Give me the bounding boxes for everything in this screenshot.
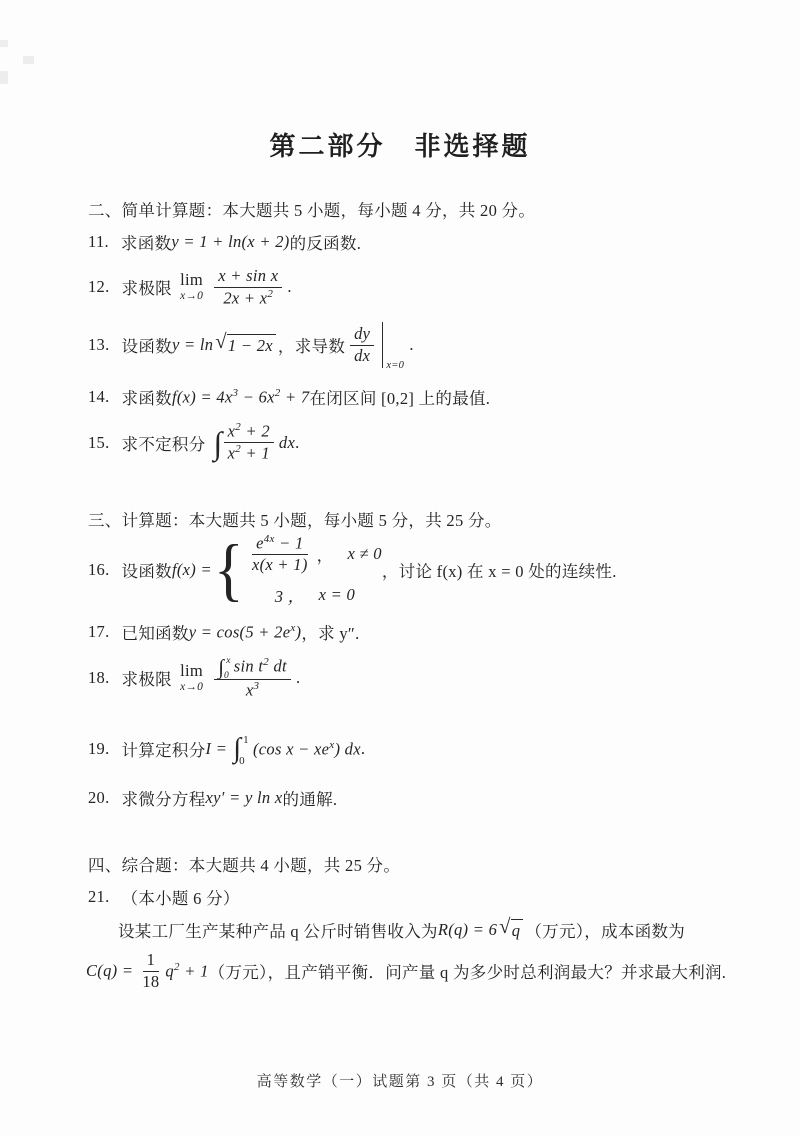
question-text: 求极限 [122,275,172,299]
radical-icon: √ [215,332,227,353]
derivative-fraction: dy dx [350,324,374,366]
differential: dx [279,433,295,453]
formula: C(q) = [86,961,133,981]
numerator: dy [350,324,374,346]
formula: f(x) = [172,560,212,580]
question-19: 19. 计算定积分 I = ∫ 1 0 (cos x − xex) dx . [88,733,365,765]
question-12: 12. 求极限 lim x→0 x + sin x 2x + x2 . [88,266,292,309]
question-15: 15. 求不定积分 ∫ x2 + 2 x2 + 1 dx . [88,421,300,464]
question-text: . [361,739,365,759]
question-21-line2: C(q) = 1 18 q2 + 1 （万元），且产销平衡．问产量 q 为多少时… [86,950,726,992]
question-number: 16. [88,560,110,580]
question-17: 17. 已知函数 y = cos(5 + 2ex) ，求 y″. [88,620,360,644]
piecewise-rows: e4x − 1 x(x + 1) ， x ≠ 0 3 ， x = 0 [248,533,382,607]
question-text: 设函数 [122,333,172,357]
question-number: 15. [88,433,110,453]
numerator: x2 + 2 [224,421,274,443]
value: 3 ， [275,583,305,607]
fraction: ∫ x 0 sin t2 dt x3 [214,655,291,701]
lim-word: lim [180,272,203,289]
question-21-header: 21. （本小题 6 分） [88,885,240,909]
scan-artifact [0,71,8,84]
integral-icon: ∫ [214,427,223,459]
page-title: 第二部分 非选择题 [0,126,800,163]
lower-limit: 0 [239,756,249,767]
evaluation-bar: x=0 [382,322,383,368]
square-root: √ 1 − 2x [215,334,276,356]
question-number: 13. [88,335,110,355]
question-number: 12. [88,277,110,297]
question-number: 19. [88,739,110,759]
limit-operator: lim x→0 [180,663,203,693]
square-root: √ q [499,919,523,941]
scan-artifact [0,40,8,47]
numerator: 1 [143,950,160,972]
upper-limit: x [226,657,231,667]
lower-limit: 0 [222,672,231,682]
numerator: ∫ x 0 sin t2 dt [214,655,291,680]
question-number: 11. [88,232,109,252]
question-text: . [409,335,413,355]
integrand: sin t2 dt [234,656,287,677]
numerator: e4x − 1 [252,533,307,555]
radicand: 1 − 2x [227,334,276,356]
question-text: 求极限 [122,666,172,690]
question-18: 18. 求极限 lim x→0 ∫ x 0 sin t2 dt x3 . [88,655,300,701]
lim-subscript: x→0 [180,291,203,303]
separator: ， [317,542,334,566]
page-footer: 高等数学（一）试题第 3 页（共 4 页） [0,1070,800,1091]
question-text: 设函数 [122,558,172,582]
question-text: 求微分方程 [122,786,206,810]
formula: y = 1 + ln(x + 2) [171,232,289,252]
denominator: 18 [138,972,163,993]
question-text: ，求导数 [278,333,345,357]
denominator: 2x + x2 [219,288,277,309]
radical-icon: √ [499,917,511,938]
brace-icon: { [214,540,244,599]
denominator: dx [350,346,374,367]
condition: x = 0 [319,585,355,605]
section-heading-2: 二、简单计算题：本大题共 5 小题，每小题 4 分，共 20 分。 [88,197,535,221]
denominator: x(x + 1) [248,555,312,576]
piecewise-row: e4x − 1 x(x + 1) ， x ≠ 0 [248,533,382,576]
limit-operator: lim x→0 [180,272,203,302]
question-21-line1: 设某工厂生产某种产品 q 公斤时销售收入为 R(q) = 6 √ q （万元），… [118,918,685,942]
question-text: 设某工厂生产某种产品 q 公斤时销售收入为 [118,918,438,942]
question-number: 17. [88,622,110,642]
fraction: 1 18 [138,950,163,992]
formula: xy′ = y ln x [206,788,283,808]
integral-limits: x 0 [224,657,231,681]
question-number: 21. [88,887,110,907]
piecewise-row: 3 ， x = 0 [248,583,382,607]
formula: q2 + 1 [165,961,208,982]
radicand: q [511,919,524,941]
question-16: 16. 设函数 f(x) = { e4x − 1 x(x + 1) ， x ≠ … [88,533,617,607]
denominator: x2 + 1 [224,443,274,464]
question-number: 18. [88,668,110,688]
section-heading-4: 四、综合题：本大题共 4 小题，共 25 分。 [88,852,400,876]
question-14: 14. 求函数 f(x) = 4x3 − 6x2 + 7 在闭区间 [0,2] … [88,385,490,409]
condition: x ≠ 0 [347,544,381,564]
question-text: 求不定积分 [122,431,206,455]
question-text: （万元），且产销平衡．问产量 q 为多少时总利润最大？并求最大利润. [209,959,727,983]
evaluation-subscript: x=0 [386,360,404,371]
question-text: 求函数 [122,385,172,409]
numerator: x + sin x [214,266,282,288]
formula: y = cos(5 + 2ex) [189,622,302,643]
question-number: 20. [88,788,110,808]
fraction: e4x − 1 x(x + 1) [248,533,312,576]
question-text: . [287,277,291,297]
question-text: . [296,668,300,688]
question-text: ，讨论 f(x) 在 x = 0 处的连续性. [382,558,617,582]
question-text: 已知函数 [122,620,189,644]
question-text: 的通解. [283,786,338,810]
question-text: 求函数 [121,230,171,254]
question-text: （本小题 6 分） [122,885,240,909]
exam-page: 第二部分 非选择题 二、简单计算题：本大题共 5 小题，每小题 4 分，共 20… [0,0,800,1136]
scan-artifact [23,56,34,64]
question-11: 11. 求函数 y = 1 + ln(x + 2) 的反函数. [88,230,361,254]
fraction: x2 + 2 x2 + 1 [224,421,274,464]
question-text: 的反函数. [290,230,362,254]
denominator: x3 [242,680,263,701]
piecewise-function: { e4x − 1 x(x + 1) ， x ≠ 0 3 ， x = 0 [214,533,382,607]
question-text: （万元），成本函数为 [525,918,685,942]
formula: R(q) = 6 [438,920,497,940]
question-13: 13. 设函数 y = ln √ 1 − 2x ，求导数 dy dx x=0 . [88,322,414,368]
formula: I = [206,739,228,759]
lim-subscript: x→0 [180,682,203,694]
question-text: 在闭区间 [0,2] 上的最值. [309,385,490,409]
question-number: 14. [88,387,110,407]
question-text: 计算定积分 [122,737,206,761]
section-heading-3: 三、计算题：本大题共 5 小题，每小题 5 分，共 25 分。 [88,507,502,531]
integral-limits: 1 0 [241,735,249,767]
lim-word: lim [180,663,203,680]
formula: y = ln [172,335,213,355]
question-20: 20. 求微分方程 xy′ = y ln x 的通解. [88,786,337,810]
question-text: ，求 y″. [301,620,359,644]
formula: f(x) = 4x3 − 6x2 + 7 [172,387,310,408]
fraction: x + sin x 2x + x2 [214,266,282,309]
upper-limit: 1 [243,735,249,746]
question-text: . [295,433,299,453]
integrand: (cos x − xex) dx [253,739,361,760]
